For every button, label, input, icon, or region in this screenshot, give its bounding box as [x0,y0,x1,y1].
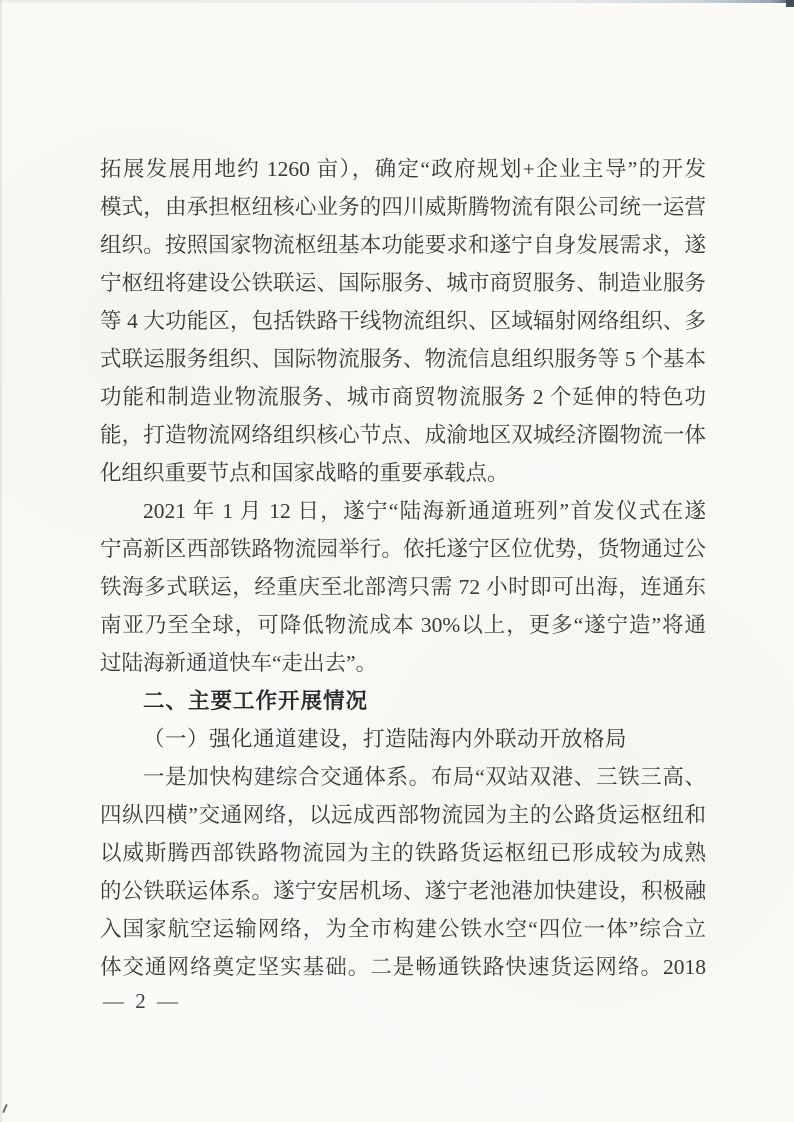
scan-corner-speck [786,0,794,7]
text-line: 式联运服务组织、国际物流服务、物流信息组织服务等 5 个基本 [100,340,706,378]
text-line: 能，打造物流网络组织核心节点、成渝地区双城经济圈物流一体 [100,416,706,454]
section-heading: 二、主要工作开展情况 [100,682,706,720]
text-line: 功能和制造业物流服务、城市商贸物流服务 2 个延伸的特色功 [100,378,706,416]
text-line: 以威斯腾西部铁路物流园为主的铁路货运枢纽已形成较为成熟 [100,834,706,872]
text-line: 拓展发展用地约 1260 亩），确定“政府规划+企业主导”的开发 [100,150,706,188]
text-line: 一是加快构建综合交通体系。布局“双站双港、三铁三高、 [100,758,706,796]
page-number: — 2 — [103,982,181,1020]
text-line: 2021 年 1 月 12 日，遂宁“陆海新通道班列”首发仪式在遂 [100,492,706,530]
text-line: 化组织重要节点和国家战略的重要承载点。 [100,454,706,492]
text-line: 组织。按照国家物流枢纽基本功能要求和遂宁自身发展需求，遂 [100,226,706,264]
text-line: 体交通网络奠定坚实基础。二是畅通铁路快速货运网络。2018 [100,948,706,986]
scan-top-edge-artifact [0,0,794,3]
text-line: 入国家航空运输网络，为全市构建公铁水空“四位一体”综合立 [100,910,706,948]
document-body: 拓展发展用地约 1260 亩），确定“政府规划+企业主导”的开发模式，由承担枢纽… [100,150,706,986]
text-line: 等 4 大功能区，包括铁路干线物流组织、区域辐射网络组织、多 [100,302,706,340]
text-line: 四纵四横”交通网络，以远成西部物流园为主的公路货运枢纽和 [100,796,706,834]
scan-left-edge-artifact [0,0,2,1122]
text-line: 南亚乃至全球，可降低物流成本 30%以上，更多“遂宁造”将通 [100,606,706,644]
text-line: 过陆海新通道快车“走出去”。 [100,644,706,682]
text-line: 宁枢纽将建设公铁联运、国际服务、城市商贸服务、制造业服务 [100,264,706,302]
sub-heading: （一）强化通道建设，打造陆海内外联动开放格局 [100,720,706,758]
text-line: 的公铁联运体系。遂宁安居机场、遂宁老池港加快建设，积极融 [100,872,706,910]
scanned-document-page: 拓展发展用地约 1260 亩），确定“政府规划+企业主导”的开发模式，由承担枢纽… [0,0,794,1122]
text-line: 铁海多式联运，经重庆至北部湾只需 72 小时即可出海，连通东 [100,568,706,606]
text-line: 宁高新区西部铁路物流园举行。依托遂宁区位优势，货物通过公 [100,530,706,568]
text-line: 模式，由承担枢纽核心业务的四川威斯腾物流有限公司统一运营 [100,188,706,226]
scan-bottom-speck [2,1104,7,1113]
